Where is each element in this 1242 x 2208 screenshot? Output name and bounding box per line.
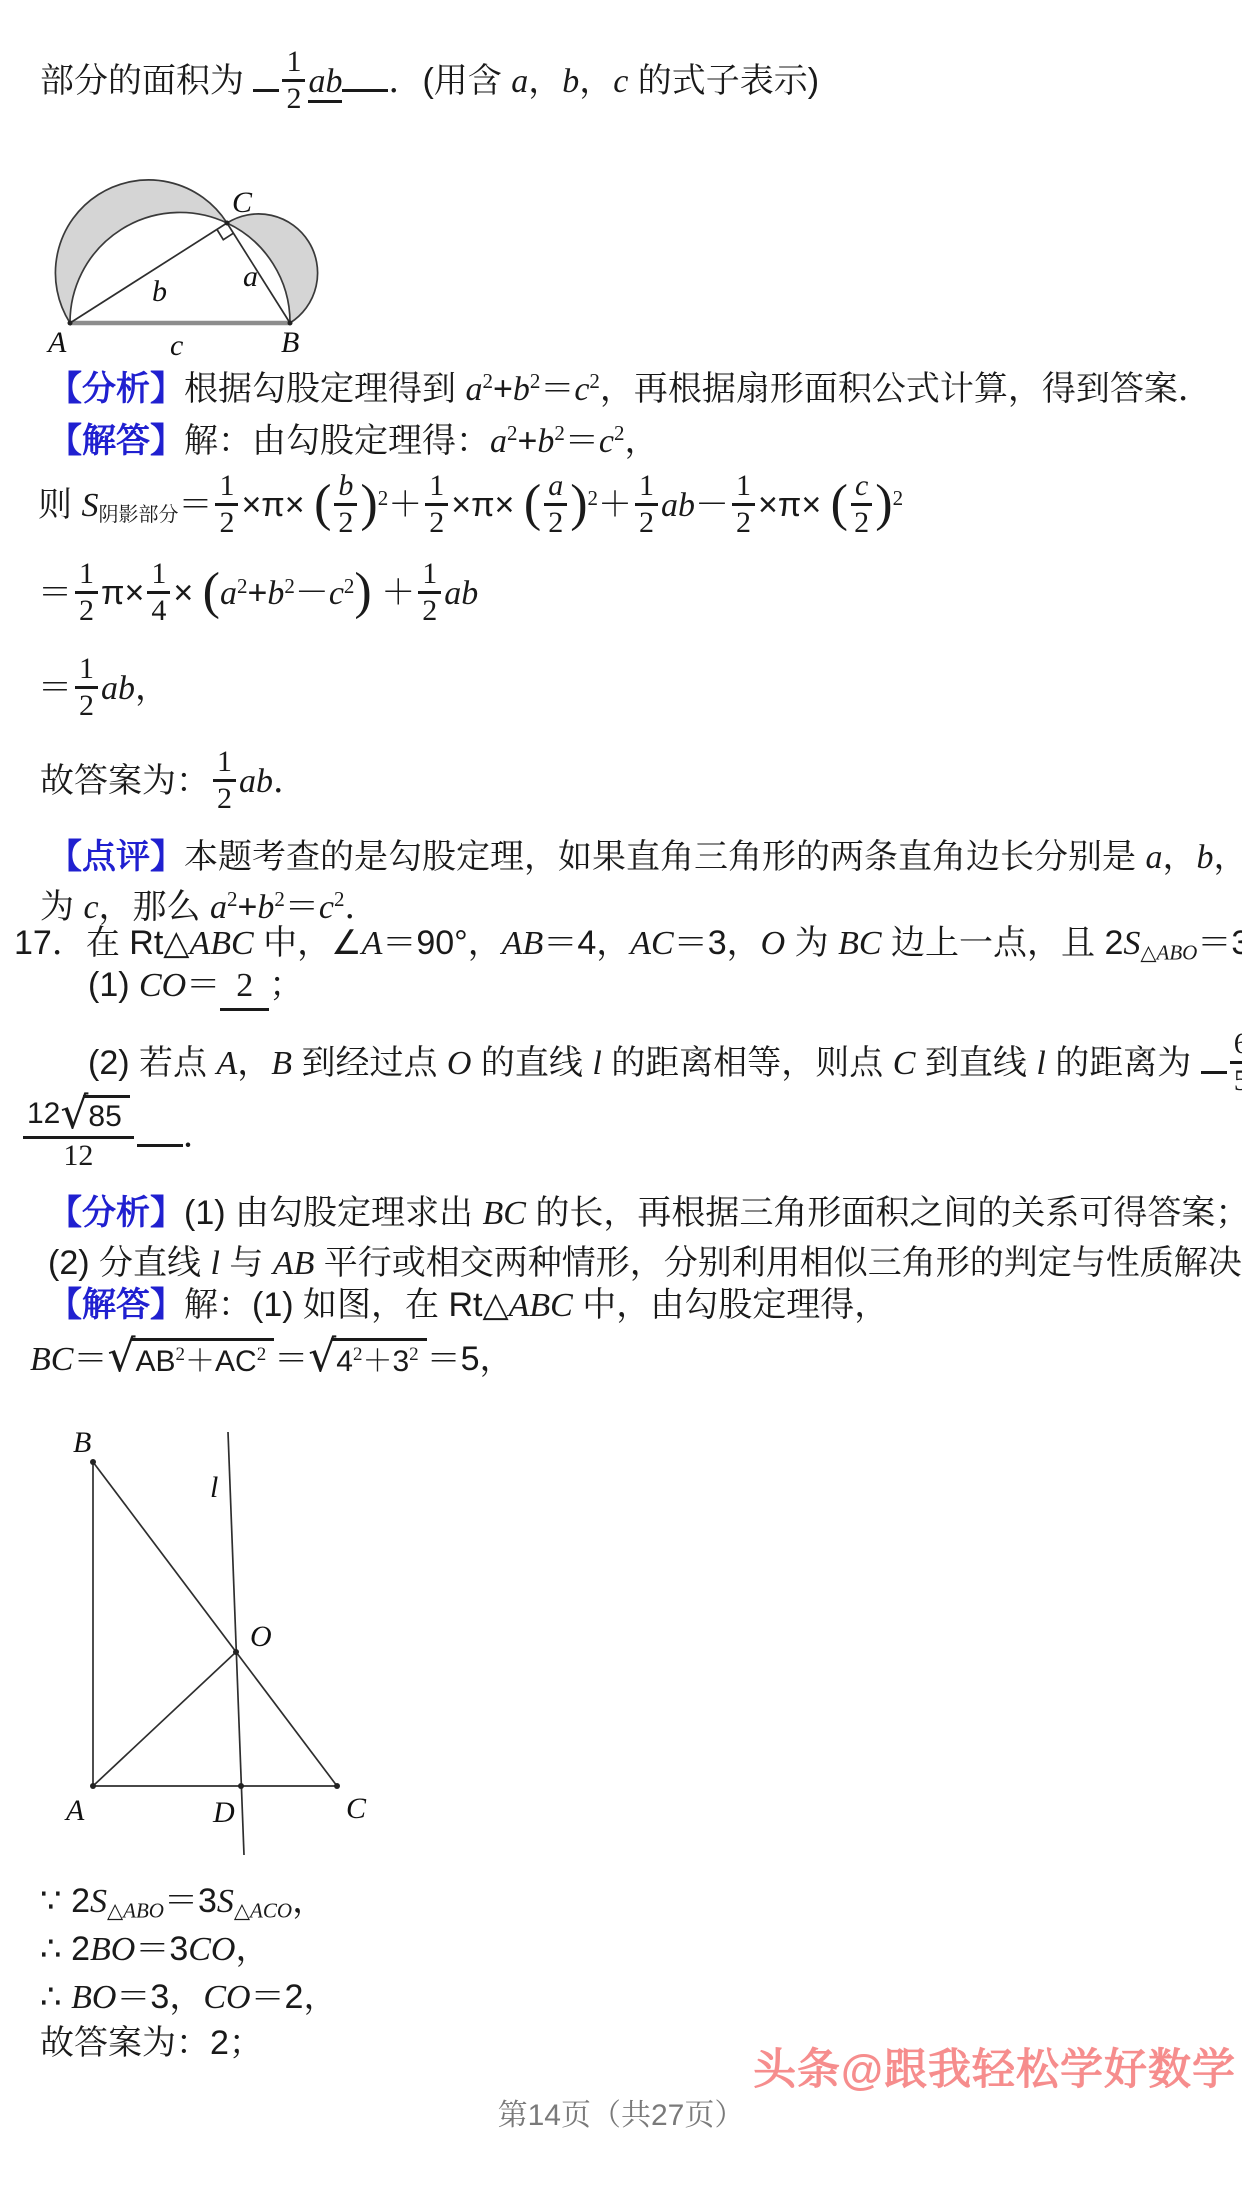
math-variable: a [220,575,237,612]
text-run: ； [269,966,303,1004]
subscript-italic: △ABO [107,1898,164,1922]
text-run: ． [273,762,307,800]
superscript: 2 [588,485,599,511]
fig2-label-b: B [73,1426,91,1459]
text-run: － [295,574,329,612]
fig2-label-a: A [64,1794,85,1827]
fraction-numerator: 1 [425,469,448,506]
text-run: ×π× [758,486,831,524]
point-c-dot [334,1783,340,1789]
text-run: 则 [38,486,81,524]
text-run: 为 [40,888,83,926]
math-variable: a [210,889,227,926]
figure-lunes-diagram: A B C b a c [40,148,350,360]
superscript: 2 [334,886,345,912]
text-run: ＝ [178,486,212,524]
math-variable: CO [139,967,186,1004]
superscript: 2 [378,485,389,511]
text-run: ＝3 [135,1930,188,1968]
text-run: － [695,486,729,524]
text-run: 的直线 [471,1044,592,1082]
analysis-2-line-2: (2) 分直线 l 与 AB 平行或相交两种情形，分别利用相似三角形的判定与性质… [48,1242,1242,1286]
fraction-denominator: 2 [544,506,567,540]
radical-body: AB2＋AC2 [131,1338,275,1381]
text-run: + [518,422,538,460]
superscript: 2 [589,368,600,394]
math-variable: l [1036,1045,1045,1082]
formula-step-3: ＝12ab， [38,655,169,725]
fraction: 12 [635,469,658,539]
math-variable: S [217,1883,234,1920]
text-run: 边上一点，且 2 [882,924,1124,962]
math-variable: ab [101,670,135,707]
answer-statement-1: 故答案为：12ab． [40,748,307,818]
because-statement: ∵ 2S△ABO＝3S△ACO， [40,1880,326,1924]
math-variable: O [761,925,786,962]
document-page: 部分的面积为 12ab．(用含 a，b，c 的式子表示) A B C b a c… [0,0,1242,2208]
text-run: π× [101,574,144,612]
text-run: 85 [88,1100,121,1133]
math-variable: c [613,63,628,100]
text-run: ， [237,1044,271,1082]
underlined-answer: 2 [220,965,269,1011]
text-run: ＝3 [1197,924,1242,962]
fig1-label-side-a: a [243,260,258,293]
math-variable: c [329,575,344,612]
math-variable: a [465,371,482,408]
text-run: ＋ [598,486,632,524]
text-run: 根据勾股定理得到 [184,370,465,408]
fraction: b2 [334,469,357,539]
text-run: 的式子表示) [628,62,819,100]
text-run: ＝3， [116,1978,203,2016]
fig1-label-b-vertex: B [281,326,299,359]
fraction-denominator: 2 [418,594,441,628]
fig2-label-c: C [346,1792,367,1825]
big-paren: ( [314,475,331,532]
fraction-denominator: 2 [851,506,872,540]
underline-blank-segment [253,57,279,92]
text-run: (2) 若点 [88,1044,216,1082]
math-variable: BC [838,925,881,962]
math-variable: c [319,889,334,926]
fraction-numerator: 1 [213,745,236,782]
text-run: ， [528,62,562,100]
point-o-dot [233,1649,239,1655]
math-variable: B [271,1045,292,1082]
fraction-numerator: 1 [75,557,98,594]
section-label: 【点评】 [48,838,184,876]
fraction: 12 [75,557,98,627]
radical-body: 85 [83,1095,129,1134]
superscript: 2 [257,1343,267,1367]
text-run: + [247,574,267,612]
fig1-label-side-c: c [170,329,183,360]
text-run: × [173,574,202,612]
math-variable: b [267,575,284,612]
fig2-label-d: D [212,1796,235,1829]
text-run: ＝3 [164,1882,217,1920]
fraction: a2 [544,469,567,539]
fraction-numerator: 1 [732,469,755,506]
fraction: 12 [213,745,236,815]
section-label: 【解答】 [48,1286,184,1324]
fraction-denominator: 2 [425,506,448,540]
big-paren: ( [524,475,541,532]
fig1-label-c-vertex: C [232,186,253,219]
solution-1-line: 【解答】解：由勾股定理得：a2+b2＝c2， [48,420,658,464]
text-run: ，斜边长 [1213,838,1242,876]
formula-bc-length: BC＝√AB2＋AC2＝√42＋32＝5， [30,1338,514,1382]
superscript: 2 [274,886,285,912]
text-run: ＝ [38,669,72,707]
superscript: 2 [554,420,565,446]
math-variable: a [511,63,528,100]
text-run: (2) 分直线 [48,1244,210,1282]
text-run: 解：(1) 如图，在 Rt△ [184,1286,509,1324]
text-run: ， [292,1882,326,1920]
subscript: 阴影部分 [98,504,178,526]
subscript-italic: △ACO [234,1898,292,1922]
text-run: 本题考查的是勾股定理，如果直角三角形的两条直角边长分别是 [184,838,1145,876]
text-run: ． [183,1117,217,1155]
superscript: 2 [507,420,518,446]
math-variable: b [537,423,554,460]
text-run: ， [235,1930,269,1968]
math-variable: BO [71,1979,116,2016]
text-run: 为 [785,924,838,962]
underline-blank-segment [137,1111,183,1146]
text-run: 中，由勾股定理得， [573,1286,888,1324]
math-variable: ab [239,763,273,800]
text-run: (1) [88,966,139,1004]
fraction-numerator: 1 [635,469,658,506]
text-run: ×π× [241,486,314,524]
fraction: c2 [851,469,872,539]
fraction: 12√8512 [23,1097,134,1172]
math-variable: ABC [189,925,253,962]
text-run: ∵ 2 [40,1882,90,1920]
superscript: 2 [176,1343,186,1367]
point-b-dot [90,1459,96,1465]
math-variable: b [1196,839,1213,876]
math-variable: c [855,469,868,502]
math-variable: C [893,1045,916,1082]
text-run: 解：由勾股定理得： [184,422,490,460]
text-run: 17．在 Rt△ [14,924,189,962]
fraction: 12 [418,557,441,627]
math-variable: A [362,925,383,962]
fraction-numerator: 1 [282,45,305,82]
page-number-footer: 第14页（共27页） [0,2090,1242,2134]
math-variable: S [81,487,98,524]
text-run: ＝ [565,422,599,460]
segment-bc [93,1462,337,1786]
text-run: 的距离相等，则点 [602,1044,893,1082]
subscript-italic: △ABO [1140,940,1197,964]
text-run: AC [215,1345,257,1378]
question-17-part-2: (2) 若点 A，B 到经过点 O 的直线 l 的距离相等，则点 C 到直线 l… [88,1030,1242,1100]
square-root: √85 [60,1095,129,1134]
text-run: ＝90°， [382,924,501,962]
math-variable: c [574,371,589,408]
fraction-denominator: 2 [75,689,98,723]
fraction-numerator: 1 [215,469,238,506]
text-run: ＋ [372,574,415,612]
math-variable: l [210,1245,219,1282]
fraction-denominator: 2 [75,594,98,628]
text-run: ＝ [285,888,319,926]
question-17-part-2-answer: 12√8512． [20,1100,217,1175]
math-variable: c [83,889,98,926]
math-variable: ab [661,487,695,524]
fraction: 12 [215,469,238,539]
text-run: 部分的面积为 [40,62,253,100]
therefore-statement-1: ∴ 2BO＝3CO， [40,1928,269,1972]
math-variable: a [548,469,563,502]
fraction-denominator: 12 [23,1139,134,1173]
figure-triangle-line-diagram: B A C D O l [58,1422,370,1862]
text-run: ＝ [73,1340,107,1378]
math-variable: ABC [509,1287,573,1324]
text-run: ×π× [451,486,524,524]
superscript: 2 [353,1343,363,1367]
text-run: 到直线 [915,1044,1036,1082]
big-paren: ) [360,475,377,532]
superscript: 2 [893,485,904,511]
text-run: 与 [220,1244,273,1282]
text-run: 平行或相交两种情形，分别利用相似三角形的判定与性质解决问题． [314,1244,1242,1282]
superscript: 2 [227,886,238,912]
question-17-part-1: (1) CO＝2； [88,964,303,1011]
superscript: 2 [482,368,493,394]
right-angle-mark [217,230,233,240]
section-label: 【分析】 [48,370,184,408]
therefore-statement-2: ∴ BO＝3，CO＝2， [40,1976,337,2020]
vertex-a-dot [68,321,73,326]
math-variable: b [338,469,353,502]
underline-blank-segment [342,57,388,92]
square-root: √42＋32 [308,1338,426,1381]
math-variable: a [490,423,507,460]
fraction: 12 [732,469,755,539]
fraction-denominator: 2 [213,782,236,816]
math-variable: l [592,1045,601,1082]
text-run: 中，∠ [254,924,362,962]
fraction-denominator: 2 [732,506,755,540]
question-17: 17．在 Rt△ABC 中，∠A＝90°，AB＝4，AC＝3，O 为 BC 边上… [14,922,1242,966]
math-variable: a [1145,839,1162,876]
text-run: ．(用含 [388,62,511,100]
math-variable: A [216,1045,237,1082]
math-variable: CO [188,1931,235,1968]
text-run: ＋ [185,1345,215,1378]
fraction-denominator: 4 [147,594,170,628]
fraction-numerator: 1 [75,652,98,689]
superscript: 2 [614,420,625,446]
text-run: ＝2， [251,1978,338,2016]
text-run: 3 [392,1345,409,1378]
fraction-numerator: 6 [1230,1027,1242,1064]
segment-ao [93,1652,236,1786]
radical-body: 42＋32 [331,1338,426,1381]
text-run: (1) 由勾股定理求出 [184,1194,482,1232]
fig1-label-a-vertex: A [46,326,67,359]
text-run: ＝ [274,1340,308,1378]
underline-blank-segment [1201,1039,1227,1074]
fig2-label-l: l [210,1471,218,1504]
superscript: 2 [344,573,355,599]
fraction-numerator: b [334,469,357,506]
analysis-1-line: 【分析】根据勾股定理得到 a2+b2＝c2，再根据扇形面积公式计算，得到答案． [48,368,1212,412]
fraction: 14 [147,557,170,627]
square-root: √AB2＋AC2 [107,1338,274,1381]
analysis-2-line-1: 【分析】(1) 由勾股定理求出 BC 的长，再根据三角形面积之间的关系可得答案； [48,1192,1242,1236]
fraction: 12 [425,469,448,539]
point-d-dot [238,1783,244,1789]
fraction: 65 [1230,1027,1242,1097]
text-run: ∴ [40,1978,71,2016]
fraction-denominator: 5 [1230,1064,1242,1098]
text-run: ∴ 2 [40,1930,90,1968]
fraction-numerator: 1 [418,557,441,594]
text-run: AB [136,1345,176,1378]
text-run: ＝ [38,574,72,612]
solution-2-line: 【解答】解：(1) 如图，在 Rt△ABC 中，由勾股定理得， [48,1284,888,1328]
text-run: ， [135,669,169,707]
fig1-label-side-b: b [152,275,167,308]
text-run: ，那么 [99,888,210,926]
formula-shaded-area: 则 S阴影部分＝12×π× (b2)2＋12×π× (a2)2＋12ab－12×… [38,472,903,542]
superscript: 2 [237,573,248,599]
text-run: 12 [27,1097,60,1130]
fraction: 12 [282,45,305,115]
big-paren: ( [831,475,848,532]
fraction-denominator: 2 [635,506,658,540]
text-run: ＝3， [674,924,761,962]
section-label: 【解答】 [48,422,184,460]
text-run: 4 [336,1345,353,1378]
answer-fill-line: 部分的面积为 12ab．(用含 a，b，c 的式子表示) [40,48,819,118]
text-run: ， [624,422,658,460]
fraction: 12 [75,652,98,722]
math-variable: S [90,1883,107,1920]
comment-line-1: 【点评】本题考查的是勾股定理，如果直角三角形的两条直角边长分别是 a，b，斜边长 [48,836,1242,880]
math-variable: S [1123,925,1140,962]
formula-step-2: ＝12π×14× (a2+b2－c2) ＋12ab [38,560,478,630]
text-run: ． [344,888,378,926]
fraction-denominator: 2 [334,506,357,540]
text-run: ， [579,62,613,100]
math-variable: AB [502,925,544,962]
big-paren: ( [203,563,220,620]
fraction-numerator: 12√85 [23,1097,134,1139]
fraction-denominator: 2 [282,82,305,116]
math-variable: BC [482,1195,525,1232]
math-variable: BC [30,1341,73,1378]
channel-watermark: 头条@跟我轻松学好数学 [0,2036,1236,2097]
text-run: 故答案为： [40,762,210,800]
big-paren: ) [875,475,892,532]
text-run: ＝ [186,966,220,1004]
superscript: 2 [284,573,295,599]
superscript: 2 [530,368,541,394]
math-variable: AB [273,1245,315,1282]
math-variable: c [599,423,614,460]
fraction-numerator: c [851,469,872,506]
math-variable: b [257,889,274,926]
fig2-label-o: O [250,1620,272,1653]
text-run: ＝5， [427,1340,514,1378]
big-paren: ) [354,563,371,620]
text-run: 到经过点 [292,1044,447,1082]
section-label: 【分析】 [48,1194,184,1232]
vertex-b-dot [288,321,293,326]
math-variable: AC [630,925,673,962]
lune-on-side-b [55,180,227,323]
fraction-numerator: a [544,469,567,506]
lune-on-side-a [227,214,318,323]
text-run: 的距离为 [1046,1044,1201,1082]
text-run: 的长，再根据三角形面积之间的关系可得答案； [526,1194,1242,1232]
text-run: ＝4， [543,924,630,962]
big-paren: ) [570,475,587,532]
fraction-denominator: 2 [215,506,238,540]
text-run: + [493,370,513,408]
text-run: ＋ [388,486,422,524]
text-run: ＝ [540,370,574,408]
text-run: ＋ [362,1345,392,1378]
text-run: ，再根据扇形面积公式计算，得到答案． [600,370,1212,408]
vertex-c-dot [225,221,230,226]
math-variable: O [447,1045,472,1082]
math-variable: CO [203,1979,250,2016]
superscript: 2 [409,1343,419,1367]
point-a-dot [90,1783,96,1789]
math-variable: BO [90,1931,135,1968]
text-run: ， [1162,838,1196,876]
text-run: + [238,888,258,926]
math-variable: b [513,371,530,408]
fraction-numerator: 1 [147,557,170,594]
math-variable: ab [444,575,478,612]
math-variable: b [562,63,579,100]
math-variable-underlined: ab [308,63,342,103]
